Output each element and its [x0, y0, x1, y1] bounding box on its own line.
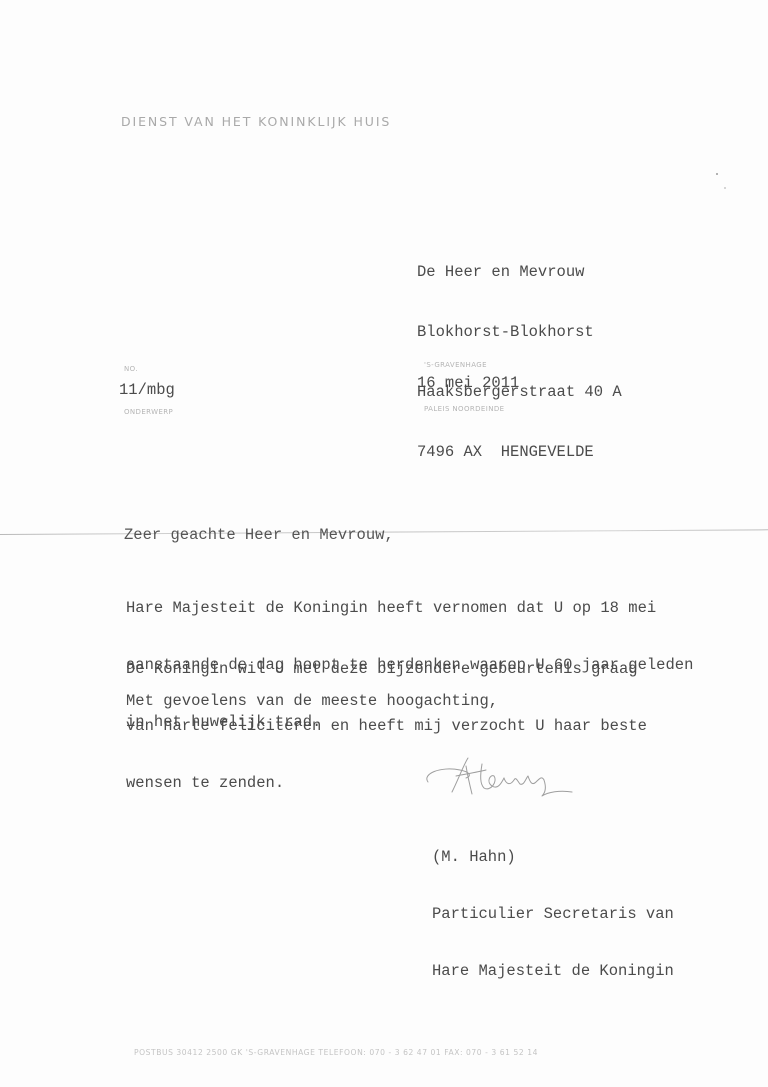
recipient-line: 7496 AX HENGEVELDE — [417, 442, 622, 462]
letterhead-title: DIENST VAN HET KONINKLIJK HUIS — [121, 114, 391, 129]
paragraph-line: van harte feliciteren en heeft mij verzo… — [126, 717, 647, 736]
palace-label: PALEIS NOORDEINDE — [424, 405, 504, 413]
footer-contact: POSTBUS 30412 2500 GK 'S-GRAVENHAGE TELE… — [134, 1048, 538, 1057]
scan-speck — [724, 187, 726, 189]
reference-number-label: NO. — [124, 365, 138, 373]
closing-line: Met gevoelens van de meeste hoogachting, — [126, 692, 498, 711]
paragraph-line: De Koningin wil U met deze bijzondere ge… — [126, 660, 647, 679]
letter-date: 16 mei 2011 — [417, 374, 519, 393]
letter-page: DIENST VAN HET KONINKLIJK HUIS De Heer e… — [0, 0, 768, 1087]
signatory-block: (M. Hahn) Particulier Secretaris van Har… — [432, 810, 674, 1019]
scan-speck — [716, 173, 718, 175]
subject-label: ONDERWERP — [124, 408, 173, 416]
recipient-line: Blokhorst-Blokhorst — [417, 322, 622, 342]
signatory-title: Hare Majesteit de Koningin — [432, 962, 674, 981]
signatory-name: (M. Hahn) — [432, 848, 674, 867]
signature-icon — [420, 752, 590, 802]
paragraph-line: Hare Majesteit de Koningin heeft vernome… — [126, 599, 693, 618]
place-label: 'S-GRAVENHAGE — [424, 361, 487, 369]
salutation: Zeer geachte Heer en Mevrouw, — [124, 526, 394, 545]
signatory-title: Particulier Secretaris van — [432, 905, 674, 924]
recipient-line: De Heer en Mevrouw — [417, 262, 622, 282]
reference-number: 11/mbg — [119, 381, 175, 400]
